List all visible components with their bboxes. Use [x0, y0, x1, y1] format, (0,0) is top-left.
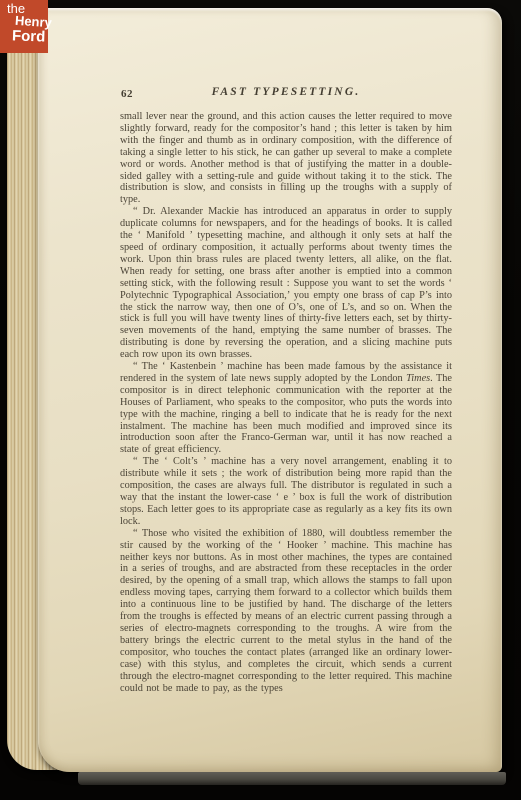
- page-number: 62: [121, 88, 133, 100]
- book-cover-edge: [78, 772, 506, 785]
- book-photograph: 62 FAST TYPESETTING. small lever near th…: [0, 0, 521, 800]
- running-head: FAST TYPESETTING.: [120, 86, 452, 98]
- paragraph-3-text: “ The ‘ Kastenbein ’ machine has been ma…: [120, 361, 452, 384]
- logo-text-ford: Ford: [12, 27, 46, 45]
- printed-content: 62 FAST TYPESETTING. small lever near th…: [120, 86, 452, 694]
- page-header: 62 FAST TYPESETTING.: [120, 86, 452, 104]
- henry-ford-logo: the Henry Ford: [0, 0, 48, 53]
- paragraph-2: “ Dr. Alexander Mackie has introduced an…: [120, 206, 452, 361]
- book-page: 62 FAST TYPESETTING. small lever near th…: [38, 8, 502, 772]
- paragraph-5: “ Those who visited the exhibition of 18…: [120, 528, 452, 695]
- paragraph-3-text-continued: . The compositor is in direct telephonic…: [120, 373, 452, 455]
- london-times-italic: Times: [406, 373, 430, 384]
- paragraph-1: small lever near the ground, and this ac…: [120, 111, 452, 206]
- paragraph-4: “ The ‘ Colt’s ’ machine has a very nove…: [120, 456, 452, 527]
- paragraph-3: “ The ‘ Kastenbein ’ machine has been ma…: [120, 361, 452, 456]
